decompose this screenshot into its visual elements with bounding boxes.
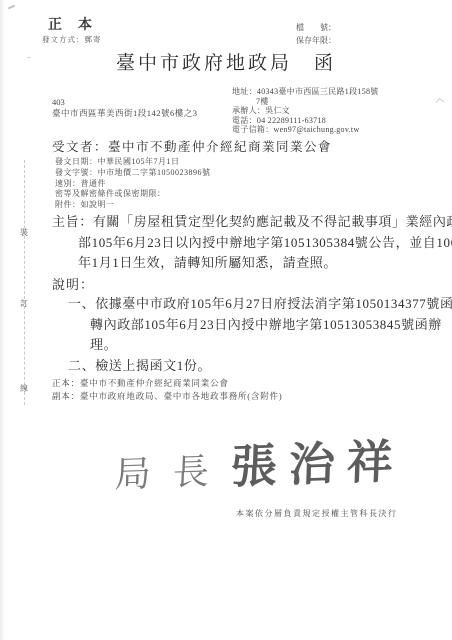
scan-edge-shade bbox=[0, 0, 5, 640]
item-2-number: 二、 bbox=[68, 358, 95, 373]
explanation-item-1: 一、依據臺中市政府105年6月27日府授法消字第1050134377號函轉內政部… bbox=[68, 294, 452, 356]
explanation-item-2: 二、檢送上揭函文1份。 bbox=[68, 355, 440, 374]
scan-artifact bbox=[8, 5, 15, 10]
item-1-number: 一、 bbox=[68, 296, 95, 311]
signature-name: 張治祥 bbox=[230, 436, 406, 493]
binding-mark-xian: 線 bbox=[20, 383, 28, 394]
recipient-address: 臺中市西區華美西街1段142號6樓之3 bbox=[52, 107, 198, 119]
item-1-text: 依據臺中市政府105年6月27日府授法消字第1050134377號函轉內政部10… bbox=[90, 296, 452, 352]
delivery-method: 發文方式：郵寄 bbox=[42, 34, 102, 45]
retention-period-label: 保存年限： bbox=[296, 35, 336, 46]
subject-label: 主旨： bbox=[52, 214, 93, 229]
attachment-note: 附件：如說明一 bbox=[55, 200, 211, 211]
official-letter-page: 裝 訂 線 正本 發文方式：郵寄 檔 號： 保存年限： 臺中市政府地政局 函 地… bbox=[0, 0, 452, 640]
document-title: 臺中市政府地政局 函 bbox=[0, 48, 452, 75]
scan-artifact bbox=[436, 98, 444, 106]
sender-address-line1: 地址：40343臺中市西區三民路1段158號 bbox=[232, 87, 379, 97]
issue-number: 發文字號：中市地價二字第1050023896號 bbox=[55, 168, 211, 179]
sender-address-line2: 7樓 bbox=[232, 97, 379, 107]
sender-contact-person: 承辦人：吳仁文 bbox=[232, 106, 379, 116]
document-meta-block: 發文日期：中華民國105年7月1日 發文字號：中市地價二字第1050023896… bbox=[55, 157, 211, 211]
recipient-line: 受文者：臺中市不動產仲介經紀商業同業公會 bbox=[52, 137, 332, 155]
delegation-note: 本案依分層負責規定授權主管科長決行 bbox=[236, 508, 398, 519]
signature-block: 局長張治祥 bbox=[114, 425, 396, 501]
item-2-text: 檢送上揭函文1份。 bbox=[95, 358, 211, 373]
binding-mark-zhuang: 裝 bbox=[20, 227, 28, 238]
sender-email: 電子信箱：wen97@taichung.gov.tw bbox=[232, 125, 379, 135]
sender-phone: 電話：04 22289111-63718 bbox=[232, 116, 379, 126]
copy-type-label: 正本 bbox=[48, 14, 108, 34]
original-recipients: 正本：臺中市不動產仲介經紀商業同業公會 bbox=[52, 377, 229, 389]
binding-fold-line bbox=[24, 160, 25, 405]
recipient-zip: 403 bbox=[52, 97, 65, 107]
subject-paragraph: 主旨：有關「房屋租賃定型化契約應記載及不得記載事項」業經內政部105年6月23日… bbox=[52, 212, 452, 274]
copy-recipients: 副本：臺中市政府地政局、臺中市各地政事務所(含附件) bbox=[52, 390, 282, 402]
binding-mark-ding: 訂 bbox=[20, 298, 28, 309]
issue-date: 發文日期：中華民國105年7月1日 bbox=[55, 157, 211, 168]
file-number-label: 檔 號： bbox=[296, 22, 336, 33]
signature-title: 局長 bbox=[114, 451, 231, 495]
subject-text: 有關「房屋租賃定型化契約應記載及不得記載事項」業經內政部105年6月23日以內授… bbox=[78, 214, 452, 270]
explanation-label: 說明： bbox=[52, 274, 94, 293]
classification: 密等及解密條件或保密期限： bbox=[55, 189, 211, 200]
sender-contact-block: 地址：40343臺中市西區三民路1段158號 7樓 承辦人：吳仁文 電話：04 … bbox=[232, 87, 379, 135]
priority: 速別：普通件 bbox=[55, 179, 211, 190]
